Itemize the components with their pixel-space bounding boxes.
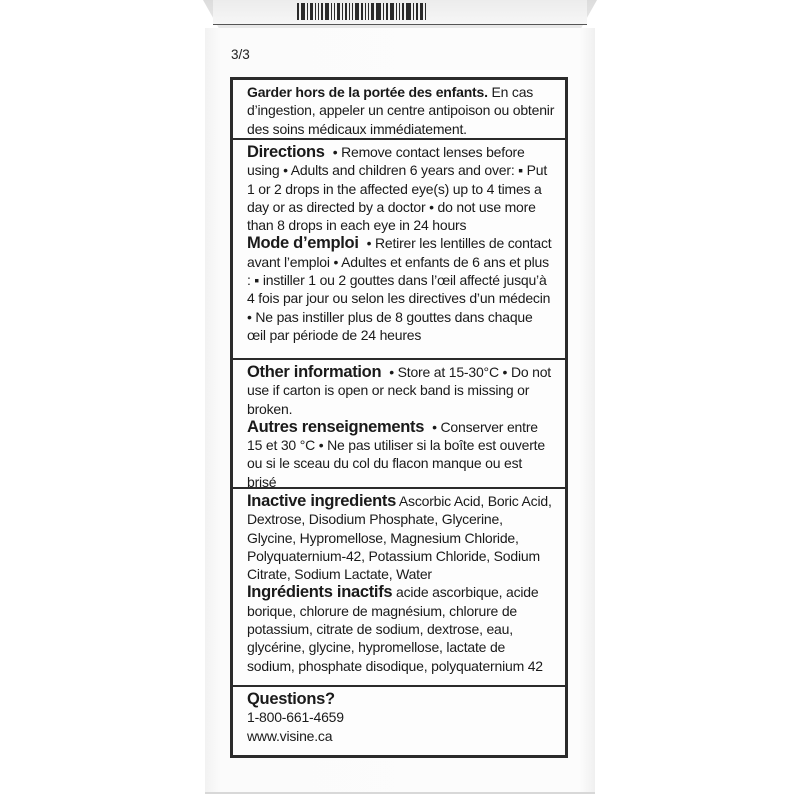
directions-heading-fr: Mode d’emploi bbox=[247, 234, 359, 252]
other-information-heading: Other information bbox=[247, 363, 381, 381]
barcode-bar bbox=[425, 3, 426, 20]
barcode-bar bbox=[361, 3, 363, 20]
barcode-bar bbox=[349, 3, 350, 20]
barcode-bar bbox=[331, 3, 332, 20]
barcode-bar bbox=[337, 3, 340, 20]
barcode-bar bbox=[383, 3, 384, 20]
barcode-bar bbox=[310, 3, 313, 20]
phone-number: 1-800-661-4659 bbox=[247, 708, 555, 726]
inactive-ingredients-heading: Inactive ingredients bbox=[247, 492, 396, 510]
barcode-bar bbox=[399, 3, 400, 20]
drug-facts-panel: Garder hors de la portée des enfants. En… bbox=[230, 77, 568, 758]
barcode-bar bbox=[297, 3, 299, 20]
questions-section: Questions? 1-800-661-4659 www.visine.ca bbox=[233, 687, 565, 755]
barcode-bar bbox=[402, 3, 404, 20]
barcode-bar bbox=[368, 3, 369, 20]
barcode-bar bbox=[315, 3, 316, 20]
other-information-heading-fr: Autres renseignements bbox=[247, 418, 424, 436]
barcode-bar bbox=[352, 3, 353, 20]
directions-section: Directions• Remove contact lenses before… bbox=[233, 140, 565, 360]
barcode-bar bbox=[416, 3, 418, 20]
barcode-bar bbox=[386, 3, 388, 20]
barcode-bar bbox=[376, 3, 381, 20]
barcode-bar bbox=[390, 3, 394, 20]
barcode-bar bbox=[365, 3, 366, 20]
barcode-bar bbox=[318, 3, 319, 20]
barcode-bar bbox=[325, 3, 329, 20]
website-link: www.visine.ca bbox=[247, 727, 555, 745]
barcode-bar bbox=[321, 3, 323, 20]
inactive-ingredients-heading-fr: Ingrédients inactifs bbox=[247, 583, 392, 601]
barcode-bar bbox=[301, 3, 305, 20]
warning-bold: Garder hors de la portée des enfants. bbox=[247, 84, 488, 100]
barcode-bar bbox=[406, 3, 411, 20]
barcode-bar bbox=[396, 3, 397, 20]
barcode-bar bbox=[413, 3, 414, 20]
warning-section: Garder hors de la portée des enfants. En… bbox=[233, 80, 565, 140]
barcode-bar bbox=[345, 3, 347, 20]
inactive-ingredients-section: Inactive ingredients Ascorbic Acid, Bori… bbox=[233, 489, 565, 687]
barcode-bar bbox=[334, 3, 335, 20]
barcode-bar bbox=[355, 3, 359, 20]
barcode-bar bbox=[342, 3, 343, 20]
barcode bbox=[297, 0, 507, 20]
barcode-bar bbox=[420, 3, 423, 20]
barcode-bar bbox=[371, 3, 374, 20]
directions-heading: Directions bbox=[247, 143, 325, 161]
questions-heading: Questions? bbox=[247, 690, 555, 708]
barcode-bar bbox=[307, 3, 308, 20]
page-indicator: 3/3 bbox=[231, 47, 250, 62]
other-information-section: Other information• Store at 15-30°C • Do… bbox=[233, 360, 565, 489]
